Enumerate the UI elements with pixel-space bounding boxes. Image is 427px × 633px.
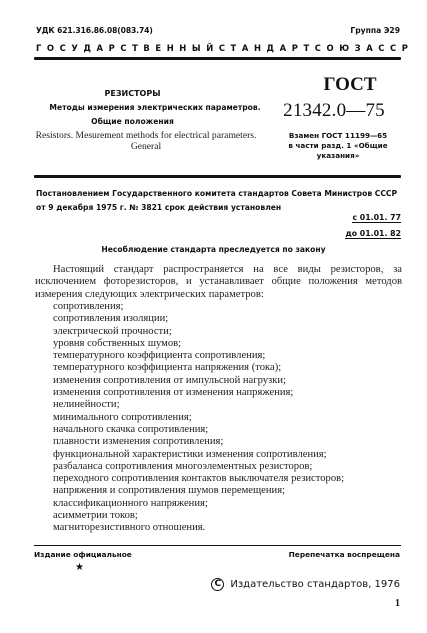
list-item: начального скачка сопротивления; — [53, 424, 344, 436]
group-code: Группа Э29 — [350, 26, 400, 35]
intro-paragraph: Настоящий стандарт распространяется на в… — [35, 264, 402, 301]
list-item: температурного коэффициента сопротивлени… — [53, 350, 344, 362]
replaces-line: Взамен ГОСТ 11199—65 — [273, 131, 403, 141]
banner-word: СТАНДАРТ — [219, 43, 315, 53]
valid-from-underline — [352, 222, 401, 223]
english-title-line: General — [18, 141, 274, 152]
replaces-note: Взамен ГОСТ 11199—65 в части разд. 1 «Об… — [273, 131, 403, 161]
reprint-prohibited-label: Перепечатка воспрещена — [289, 550, 400, 559]
udk-code: УДК 621.316.86.08(083.74) — [36, 26, 153, 35]
list-item: изменения сопротивления от изменения нап… — [53, 387, 344, 399]
list-item: минимального сопротивления; — [53, 412, 344, 424]
list-item: асимметрии токов; — [53, 510, 344, 522]
list-item: переходного сопротивления контактов выкл… — [53, 473, 344, 485]
list-item: сопротивления; — [53, 301, 344, 313]
list-item: электрической прочности; — [53, 326, 344, 338]
copyright-icon: C — [211, 578, 224, 591]
header-divider — [34, 57, 401, 60]
decree-line: Постановлением Государственного комитета… — [36, 187, 402, 201]
list-item: магниторезистивного отношения. — [53, 522, 344, 534]
document-subtitle: Методы измерения электрических параметро… — [40, 103, 270, 112]
replaces-line: в части разд. 1 «Общие — [273, 141, 403, 151]
document-page: УДК 621.316.86.08(083.74) Группа Э29 ГОС… — [0, 0, 427, 633]
star-icon: ★ — [75, 562, 84, 573]
state-standard-banner: ГОСУДАРСТВЕННЫЙ СТАНДАРТ СОЮЗА ССР — [36, 43, 401, 53]
valid-from-text: с 01.01. 77 — [352, 213, 401, 222]
list-item: плавности изменения сопротивления; — [53, 436, 344, 448]
valid-to-date: до 01.01. 82 — [345, 229, 401, 239]
decree-line: от 9 декабря 1975 г. № 3821 срок действи… — [36, 201, 402, 215]
publisher-text: Издательство стандартов, 1976 — [230, 579, 400, 590]
list-item: функциональной характеристики изменения … — [53, 449, 344, 461]
publisher-line: C Издательство стандартов, 1976 — [211, 578, 400, 591]
valid-to-text: до 01.01. 82 — [345, 229, 401, 238]
list-item: разбаланса сопротивления многоэлементных… — [53, 461, 344, 473]
document-title: РЕЗИСТОРЫ — [0, 89, 265, 98]
decree-text: Постановлением Государственного комитета… — [36, 187, 402, 215]
gost-number: 21342.0—75 — [264, 100, 404, 122]
list-item: уровня собственных шумов; — [53, 338, 344, 350]
list-item: напряжения и сопротивления шумов перемещ… — [53, 485, 344, 497]
replaces-line: указания» — [273, 151, 403, 161]
footer-divider — [34, 545, 401, 546]
list-item: температурного коэффициента напряжения (… — [53, 362, 344, 374]
list-item: нелинейности; — [53, 399, 344, 411]
list-item: сопротивления изоляции; — [53, 313, 344, 325]
valid-to-underline — [345, 238, 401, 239]
title-divider — [34, 175, 401, 178]
document-subtitle-2: Общие положения — [0, 117, 265, 126]
banner-word: ССР — [378, 43, 413, 53]
gost-label: ГОСТ — [300, 74, 400, 96]
english-title: Resistors. Mesurement methods for electr… — [18, 130, 274, 152]
banner-word: СОЮЗА — [315, 43, 379, 53]
banner-word: ГОСУДАРСТВЕННЫЙ — [36, 43, 219, 53]
list-item: изменения сопротивления от импульсной на… — [53, 375, 344, 387]
page-number: 1 — [395, 598, 400, 609]
official-edition-label: Издание официальное — [34, 550, 132, 559]
parameter-list: сопротивления; сопротивления изоляции; э… — [53, 301, 344, 535]
list-item: классификационного напряжения; — [53, 498, 344, 510]
violation-notice: Несоблюдение стандарта преследуется по з… — [0, 245, 427, 254]
english-title-line: Resistors. Mesurement methods for electr… — [18, 130, 274, 141]
valid-from-date: с 01.01. 77 — [352, 213, 401, 223]
